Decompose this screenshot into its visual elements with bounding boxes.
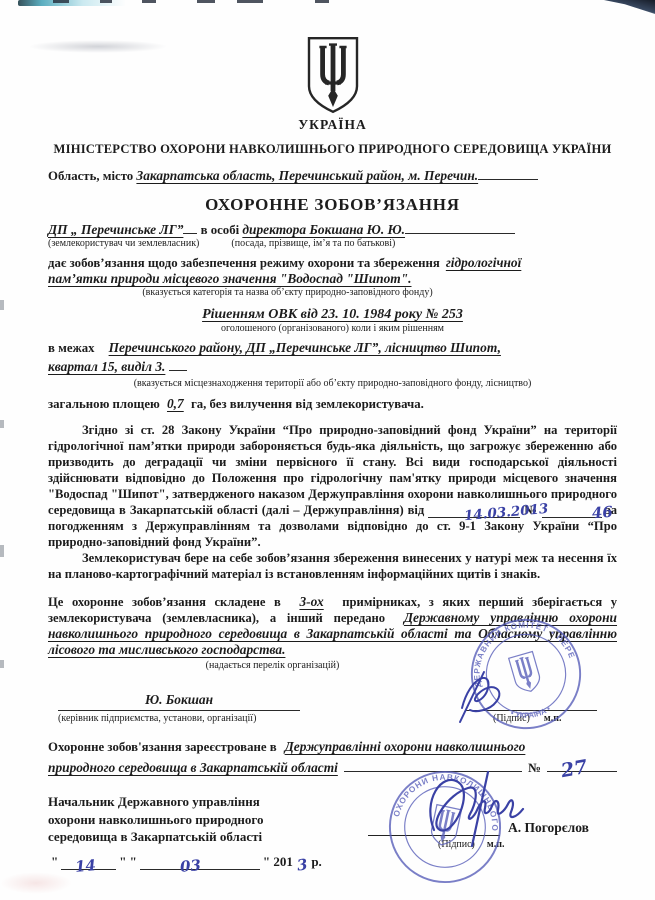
registration-org-line2: природного середовища в Закарпатській об… [48,758,338,777]
handwritten-day: 14 [75,860,97,872]
underline-filler [405,219,515,234]
underline-filler [344,757,522,772]
approver-title-line1: Начальник Державного управління [48,793,383,811]
trident-shield-icon [301,35,365,115]
region-value: Закарпатська область, Перечинський район… [136,168,478,184]
underline-filler [169,356,187,371]
copies-lead: Це охоронне зобов’язання складене в [48,595,281,609]
date-quote-mid: " " [119,853,137,871]
document-title: ОХОРОННЕ ЗОБОВ’ЯЗАННЯ [48,195,617,215]
object-category: гідрологічної [440,255,617,271]
underline-filler [183,219,197,234]
caption-seal: м.п. [544,713,562,724]
area-value: 0,7 [163,396,188,411]
in-person-label: в особі [201,222,240,238]
region-label: Область, місто [48,168,133,184]
order-date-field: 14.03.2013 [428,503,520,518]
handwritten-month: 03 [180,860,202,872]
object-name: пам’ятки природи місцевого значення "Вод… [48,271,412,286]
decision-reference: Рішенням ОВК від 23. 10. 1984 року № 253 [202,307,463,322]
within-location-line2: квартал 15, виділ 3. [48,359,165,374]
area-label-pre: загальною площею [48,397,160,411]
caption-head-of-enterprise: (керівник підприємства, установи, органі… [58,713,300,724]
ministry-name: МІНІСТЕРСТВО ОХОРОНИ НАВКОЛИШНЬОГО ПРИРО… [48,142,617,157]
registration-org-line1: Держуправлінні охорони навколишнього [277,737,617,756]
within-location-line1: Перечинського району, ДП „Перечинське ЛГ… [95,340,617,356]
handwritten-registration-number: 27 [560,762,588,776]
caption-location: (вказується місцезнаходження території а… [48,378,617,389]
caption-object-category: (вказується категорія та назва об’єкту п… [3,287,572,298]
caption-decision: оголошеного (організованого) коли і яким… [48,323,617,334]
within-label: в межах [48,340,95,356]
registration-lead: Охоронне зобов'язання зареєстроване в [48,738,277,757]
date-quote-open: " [51,853,58,871]
date-month-field: 03 [140,855,260,870]
signatory-name: Ю. Бокшан [145,692,213,707]
document-page: УКРАЇНА МІНІСТЕРСТВО ОХОРОНИ НАВКОЛИШНЬО… [0,0,655,900]
approver-signature-line [368,835,500,836]
ukraine-trident-emblem [48,35,617,115]
commitment-lead: дає зобов’язання щодо забезпечення режим… [48,255,440,271]
signature-line [465,696,597,711]
registration-number-field: 27 [547,757,617,772]
scan-artifact-pink-smudge [0,872,72,894]
obligor-person: директора Бокшана Ю. Ю. [242,222,405,238]
approver-title-line2: охорони навколишнього природного [48,811,383,829]
caption-position-name: (посада, прізвище, ім’я та по батькові) [231,238,395,249]
caption-organizations-list: (надається перелік організацій) [0,660,557,671]
paragraph-landuser-duty: Землекористувач бере на себе зобов’язанн… [48,550,617,582]
caption-signature: (Підпис) [438,839,475,850]
approver-title-line3: середовища в Закарпатській області [48,828,383,846]
order-number-field: 46 [542,503,602,518]
approver-name: А. Погорєлов [508,820,589,836]
date-year-suffix: р. [311,853,321,871]
country-name: УКРАЇНА [48,117,617,133]
caption-signature: (Підпис) [493,713,530,724]
copies-count: 3-ох [289,594,333,609]
obligor-entity: ДП „ Перечинське ЛГ” [48,222,183,238]
handwritten-year-digit: 3 [296,859,308,870]
caption-landuser: (землекористувач чи землевласник) [48,238,199,249]
area-label-post: га, без вилучення від землекористувача. [191,397,424,411]
date-year-prefix: " 201 [263,853,293,871]
caption-seal: м.п. [487,839,505,850]
date-day-field: 14 [61,855,116,870]
region-underline-filler [478,165,538,180]
registration-number-label: № [528,759,541,778]
